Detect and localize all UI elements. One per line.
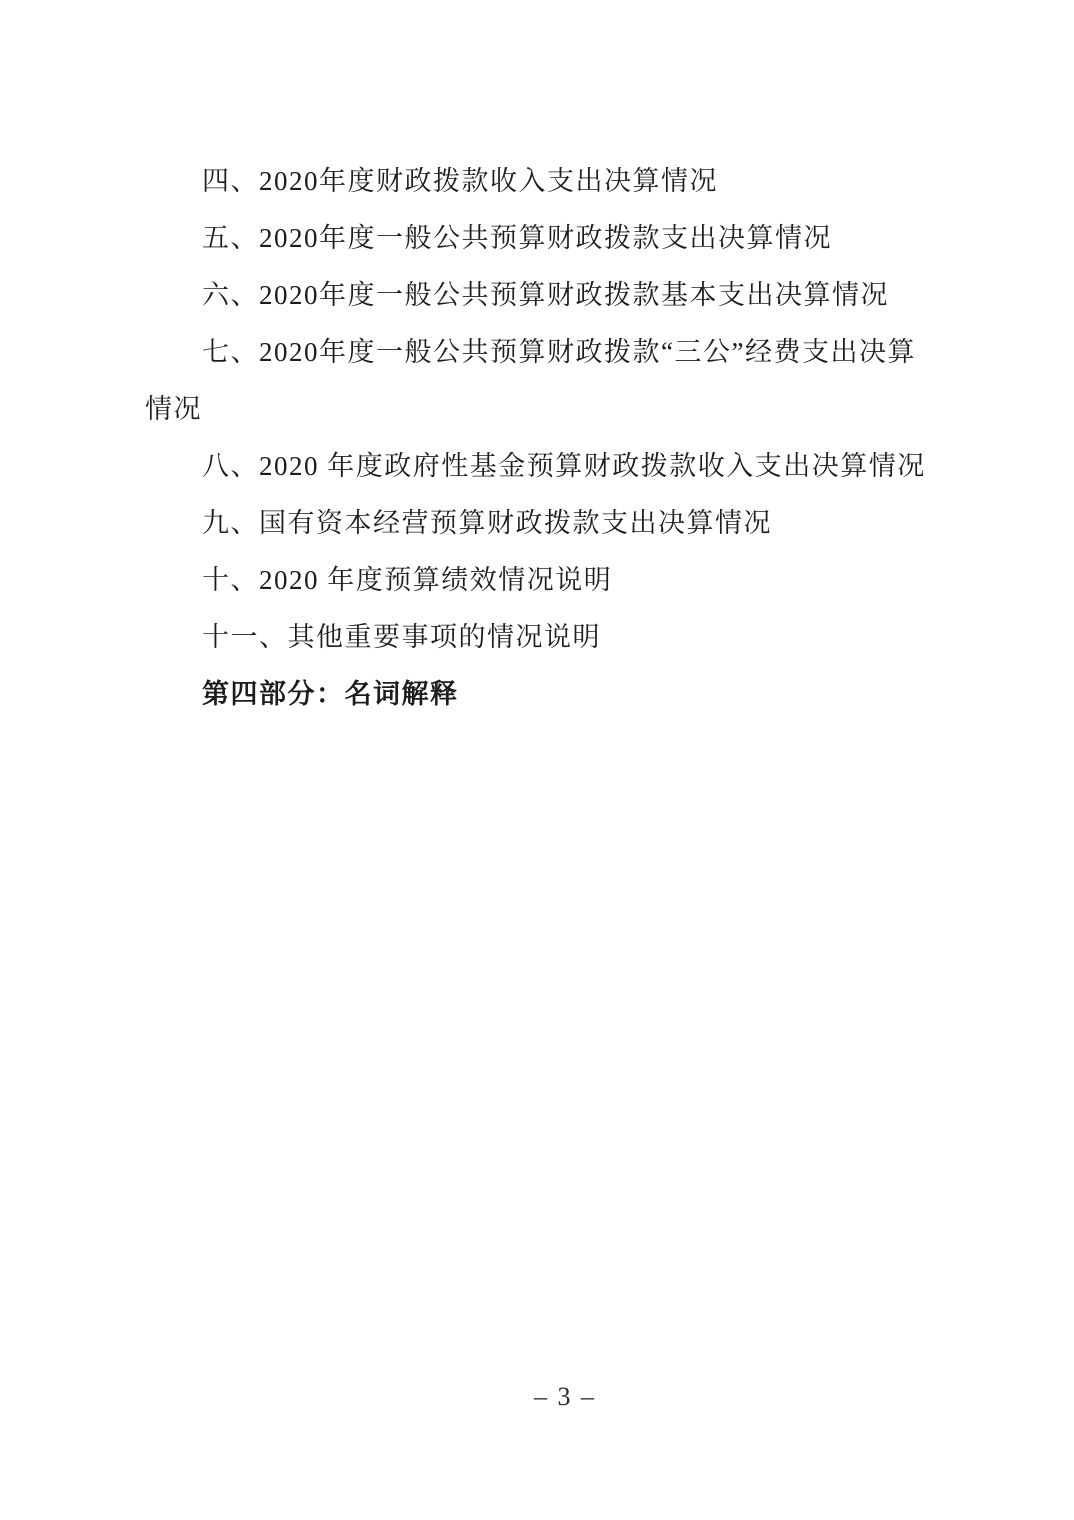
toc-line: 十、2020 年度预算绩效情况说明: [145, 552, 985, 609]
toc-line: 六、2020年度一般公共预算财政拨款基本支出决算情况: [145, 267, 985, 324]
page-footer: – 3 –: [28, 1372, 1074, 1422]
toc-line: 九、国有资本经营预算财政拨款支出决算情况: [145, 495, 985, 552]
toc-line: 七、2020年度一般公共预算财政拨款“三公”经费支出决算: [145, 324, 985, 381]
page-number: – 3 –: [534, 1382, 596, 1411]
document-page: 四、2020年度财政拨款收入支出决算情况五、2020年度一般公共预算财政拨款支出…: [0, 0, 1074, 1520]
toc-line: 八、2020 年度政府性基金预算财政拨款收入支出决算情况: [145, 438, 985, 495]
toc-line: 五、2020年度一般公共预算财政拨款支出决算情况: [145, 210, 985, 267]
toc-line: 十一、其他重要事项的情况说明: [145, 609, 985, 666]
toc-line: 第四部分：名词解释: [145, 666, 985, 723]
toc-line: 情况: [145, 381, 985, 438]
table-of-contents: 四、2020年度财政拨款收入支出决算情况五、2020年度一般公共预算财政拨款支出…: [145, 153, 985, 723]
toc-line: 四、2020年度财政拨款收入支出决算情况: [145, 153, 985, 210]
